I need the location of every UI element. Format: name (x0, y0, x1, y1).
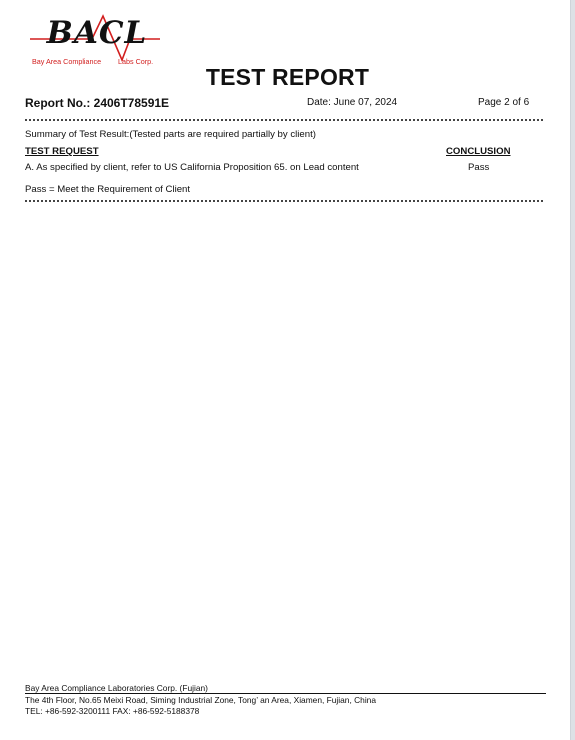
report-number: Report No.: 2406T78591E (25, 96, 169, 110)
result-conclusion: Pass (468, 162, 489, 173)
logo-text: BACL (42, 18, 152, 49)
page-number: Page 2 of 6 (478, 97, 529, 108)
conclusion-header: CONCLUSION (446, 146, 511, 157)
footer-rule (25, 693, 546, 694)
report-date: Date: June 07, 2024 (307, 97, 397, 108)
footer-contact: TEL: +86-592-3200111 FAX: +86-592-518837… (25, 706, 199, 716)
pass-legend: Pass = Meet the Requirement of Client (25, 184, 190, 195)
page-title: TEST REPORT (0, 64, 575, 91)
test-request-header: TEST REQUEST (25, 146, 99, 157)
footer-company: Bay Area Compliance Laboratories Corp. (… (25, 683, 208, 693)
footer-address: The 4th Floor, No.65 Meixi Road, Siming … (25, 695, 376, 705)
summary-intro: Summary of Test Result:(Tested parts are… (25, 129, 316, 140)
bacl-logo: BACL Bay Area Compliance Labs Corp. (30, 14, 160, 66)
page-edge (570, 0, 575, 740)
divider-bottom (25, 200, 543, 202)
divider-top (25, 119, 543, 121)
result-request: A. As specified by client, refer to US C… (25, 162, 359, 173)
